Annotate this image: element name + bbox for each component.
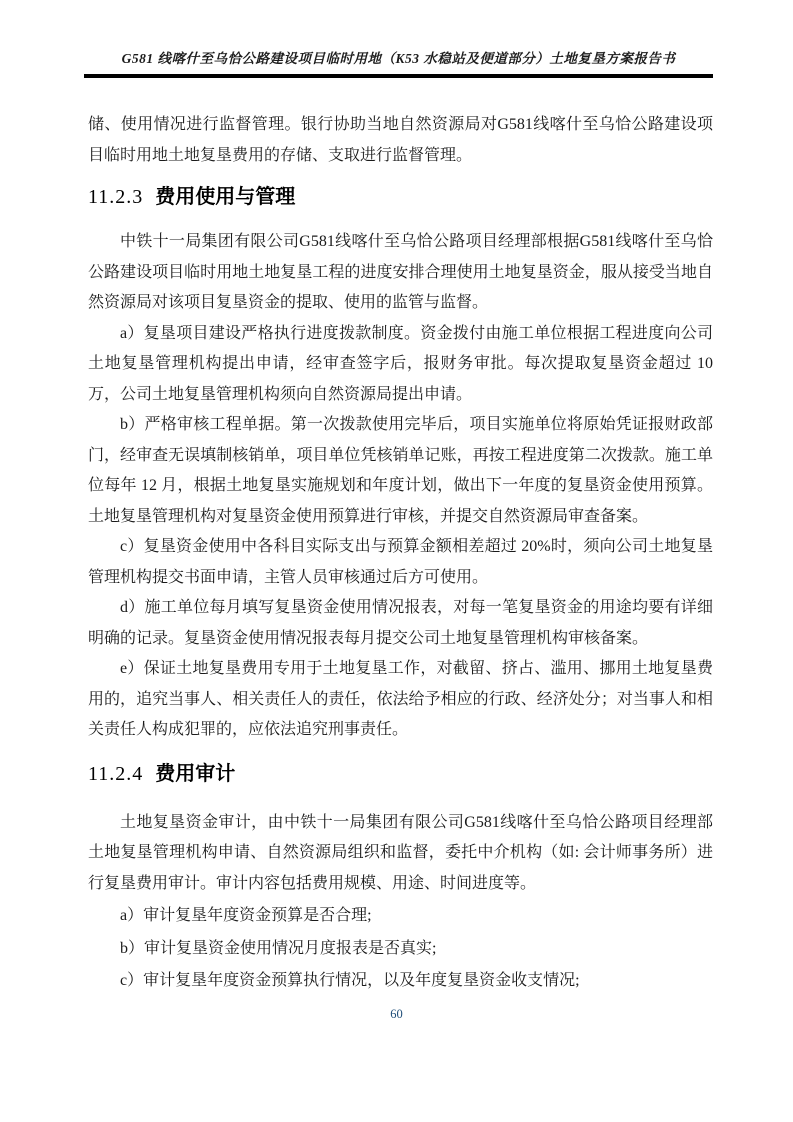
page-number: 60 bbox=[0, 1006, 793, 1022]
section-heading-11-2-4: 11.2.4费用审计 bbox=[88, 760, 713, 788]
paragraph-item-b: b）严格审核工程单据。第一次拨款使用完毕后，项目实施单位将原始凭证报财政部门，经… bbox=[88, 410, 713, 532]
section-number: 11.2.3 bbox=[88, 186, 143, 208]
section-number: 11.2.4 bbox=[88, 763, 143, 785]
section-heading-11-2-3: 11.2.3费用使用与管理 bbox=[88, 183, 713, 211]
list-item-audit-c: c）审计复垦年度资金预算执行情况，以及年度复垦资金收支情况; bbox=[88, 966, 713, 997]
paragraph-item-d: d）施工单位每月填写复垦资金使用情况报表，对每一笔复垦资金的用途均要有详细明确的… bbox=[88, 593, 713, 654]
document-body: 储、使用情况进行监督管理。银行协助当地自然资源局对G581线喀什至乌恰公路建设项… bbox=[88, 110, 713, 997]
paragraph-intro-continuation: 储、使用情况进行监督管理。银行协助当地自然资源局对G581线喀什至乌恰公路建设项… bbox=[88, 110, 713, 171]
page-footer: 60 bbox=[0, 1006, 793, 1022]
section-title: 费用审计 bbox=[155, 763, 235, 785]
document-page: G581 线喀什至乌恰公路建设项目临时用地（K53 水稳站及便道部分）土地复垦方… bbox=[0, 0, 793, 1122]
section-title: 费用使用与管理 bbox=[155, 186, 295, 208]
running-header-title: G581 线喀什至乌恰公路建设项目临时用地（K53 水稳站及便道部分）土地复垦方… bbox=[84, 50, 713, 67]
paragraph-section-intro: 中铁十一局集团有限公司G581线喀什至乌恰公路项目经理部根据G581线喀什至乌恰… bbox=[88, 227, 713, 319]
running-header: G581 线喀什至乌恰公路建设项目临时用地（K53 水稳站及便道部分）土地复垦方… bbox=[84, 50, 713, 78]
paragraph-item-e: e）保证土地复垦费用专用于土地复垦工作，对截留、挤占、滥用、挪用土地复垦费用的，… bbox=[88, 654, 713, 746]
list-item-audit-a: a）审计复垦年度资金预算是否合理; bbox=[88, 901, 713, 932]
paragraph-item-a: a）复垦项目建设严格执行进度拨款制度。资金拨付由施工单位根据工程进度向公司土地复… bbox=[88, 319, 713, 411]
paragraph-item-c: c）复垦资金使用中各科目实际支出与预算金额相差超过 20%时，须向公司土地复垦管… bbox=[88, 532, 713, 593]
paragraph-audit-intro: 土地复垦资金审计，由中铁十一局集团有限公司G581线喀什至乌恰公路项目经理部土地… bbox=[88, 808, 713, 900]
list-item-audit-b: b）审计复垦资金使用情况月度报表是否真实; bbox=[88, 934, 713, 965]
header-rule bbox=[84, 74, 713, 78]
